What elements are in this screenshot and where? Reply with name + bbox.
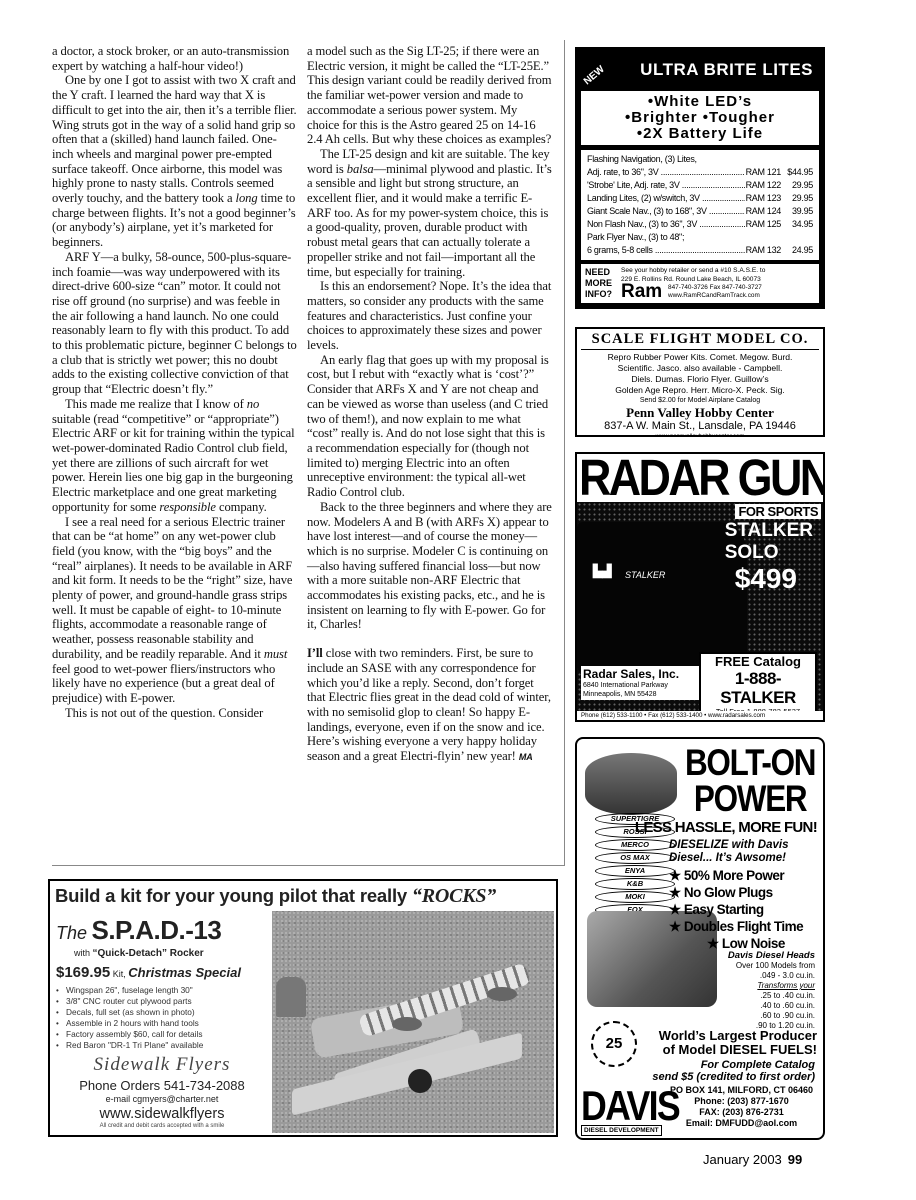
lites-item-desc: 'Strobe' Lite, Adj. rate, 3V <box>587 179 745 192</box>
radar-gun-label: STALKER <box>625 570 665 580</box>
spad-the: The <box>56 923 87 943</box>
spad-price: $169.95 <box>56 964 110 981</box>
article-paragraph: This is not out of the question. Conside… <box>52 706 297 721</box>
davis-logo: DAVIS <box>581 1087 679 1125</box>
lites-contact-block: See your hobby retailer or send a #10 S.… <box>621 267 815 300</box>
lites-price-row: Non Flash Nav., (3) to 36", 3VRAM 12534.… <box>587 218 813 231</box>
page-number: 99 <box>788 1152 802 1167</box>
lites-item-price: 34.95 <box>781 218 813 231</box>
lites-item-desc: 6 grams, 5-8 cells <box>587 244 745 257</box>
article-paragraph: I see a real need for a serious Electric… <box>52 515 297 706</box>
lites-contact: 847-740-3726 Fax 847-740-3727 www.RamRCa… <box>668 284 762 300</box>
need-more-info: NEED MORE INFO? <box>585 267 621 300</box>
radar-title: RADAR GUNS <box>579 452 825 507</box>
engine-brand-ring: MOKI <box>595 891 675 903</box>
davis-feature: ★ Easy Starting <box>669 901 819 918</box>
lites-header: NEW ULTRA BRITE LITES <box>581 53 819 87</box>
page-folio: January 200399 <box>703 1152 802 1167</box>
plane-tail <box>276 977 306 1017</box>
spad-feature: Wingspan 26", fuselage length 30" <box>56 985 268 996</box>
spad-feature: Factory assembly $60, call for details <box>56 1029 268 1040</box>
lites-price-row: Flashing Navigation, (3) Lites, <box>587 153 813 166</box>
spad-url[interactable]: www.sidewalkflyers <box>56 1106 268 1122</box>
scale-catalog-note: Send $2.00 for Model Airplane Catalog <box>581 396 819 405</box>
lites-price-table: Flashing Navigation, (3) Lites, Adj. rat… <box>581 150 819 260</box>
article-paragraph: a model such as the Sig LT-25; if there … <box>307 44 552 147</box>
spad-brand: Sidewalk Flyers <box>56 1054 268 1076</box>
engine-brand-ring: OS MAX <box>595 852 675 864</box>
lites-item-desc: Flashing Navigation, (3) Lites, <box>587 153 780 166</box>
scale-line: Diels. Dumas. Florio Flyer. Guillow’s <box>581 374 819 385</box>
radar-catalog-box: FREE Catalog 1-888-STALKER Toll Free 1-8… <box>699 652 817 716</box>
scale-line: Scientific. Jasco. also available - Camp… <box>581 363 819 374</box>
emphasis: must <box>264 647 287 661</box>
ad-sidewalk-flyers: Build a kit for your young pilot that re… <box>48 879 558 1137</box>
article-column-right: a model such as the Sig LT-25; if there … <box>307 44 552 765</box>
spad-price-line: $169.95 Kit, Christmas Special <box>56 964 268 982</box>
spad-feature: Red Baron "DR-1 Tri Plane" available <box>56 1040 268 1051</box>
spad-name: S.P.A.D.-13 <box>91 915 221 945</box>
radar-gun-logo-icon: ▙▟ <box>593 564 611 578</box>
article-body: a doctor, a stock broker, or an auto-tra… <box>52 40 565 866</box>
davis-world-claim: World’s Largest Producer of Model DIESEL… <box>659 1029 817 1057</box>
lites-price-row: 'Strobe' Lite, Adj. rate, 3VRAM 12229.95 <box>587 179 813 192</box>
scale-url[interactable]: www.pennvalleyhobbycenter.com <box>581 433 819 437</box>
davis-subtitle: LESS HASSLE, MORE FUN! <box>635 819 817 836</box>
article-paragraph: An early flag that goes up with my propo… <box>307 353 552 500</box>
lites-item-code: RAM 125 <box>745 218 781 231</box>
lites-item-code: RAM 123 <box>745 192 781 205</box>
davis-heads-line: .049 - 3.0 cu.in. <box>728 971 815 981</box>
radar-catalog-phone: 1-888-STALKER <box>701 669 815 707</box>
lites-item-desc: Giant Scale Nav., (3) to 168", 3V <box>587 205 745 218</box>
davis-heads-line: .40 to .60 cu.in. <box>728 1001 815 1011</box>
spad-feature: Assemble in 2 hours with hand tools <box>56 1018 268 1029</box>
lites-item-desc: Park Flyer Nav., (3) to 48"; <box>587 231 780 244</box>
lites-price-row: 6 grams, 5-8 cellsRAM 13224.95 <box>587 244 813 257</box>
spad-phone: Phone Orders 541-734-2088 <box>56 1078 268 1093</box>
spad-details: The S.P.A.D.-13 with “Quick-Detach” Rock… <box>56 915 268 1129</box>
article-paragraph: a doctor, a stock broker, or an auto-tra… <box>52 44 297 73</box>
scale-address: 837-A W. Main St., Lansdale, PA 19446 <box>581 420 819 433</box>
emphasis: no <box>247 397 259 411</box>
lites-item-desc: Non Flash Nav., (3) to 36", 3V <box>587 218 745 231</box>
engine-brand-ring: MERCO <box>595 839 675 851</box>
radar-company-name: Radar Sales, Inc. <box>583 667 699 681</box>
spad-with: with “Quick-Detach” Rocker <box>74 948 268 959</box>
davis-title-line: BOLT-ON <box>685 745 815 781</box>
spad-rocker-plane-photo <box>272 911 554 1133</box>
lites-price-row: Giant Scale Nav., (3) to 168", 3VRAM 124… <box>587 205 813 218</box>
emphasis: responsible <box>159 500 216 514</box>
radar-catalog-title: FREE Catalog <box>701 654 815 669</box>
radar-price: $499 <box>735 564 813 594</box>
engine-head-image <box>585 753 677 815</box>
lites-bullet: •White LED’s <box>583 94 817 110</box>
closing-leadin: I’ll <box>307 646 323 660</box>
davis-phone: Phone: (203) 877-1670 <box>670 1096 813 1107</box>
lites-item-price: 29.95 <box>781 179 813 192</box>
article-paragraph: One by one I got to assist with two X cr… <box>52 73 297 249</box>
radar-address-1: 6840 International Parkway <box>583 681 699 690</box>
lites-retail-note: See your hobby retailer or send a #10 S.… <box>621 267 815 276</box>
ad-davis-diesel: SUPERTIGREROSSIMERCOOS MAXENYAK&BMOKIFOX… <box>575 737 825 1140</box>
davis-heads-line: Over 100 Models from <box>728 961 815 971</box>
davis-features: ★ 50% More Power ★ No Glow Plugs ★ Easy … <box>669 867 819 952</box>
spad-feature: Decals, full set (as shown in photo) <box>56 1007 268 1018</box>
article-paragraph: ARF Y—a bulky, 58-ounce, 500-plus-square… <box>52 250 297 397</box>
davis-heads-line: Transforms your <box>728 981 815 991</box>
emphasis: long <box>236 191 258 205</box>
lites-price-row: Park Flyer Nav., (3) to 48"; <box>587 231 813 244</box>
davis-title-line: POWER <box>685 781 815 817</box>
lites-item-price <box>781 153 813 166</box>
spad-kit: Kit, <box>110 969 128 979</box>
spad-with-pre: with <box>74 948 93 958</box>
lites-item-price: 39.95 <box>781 205 813 218</box>
davis-heads-info: Davis Diesel Heads Over 100 Models from … <box>728 951 815 1031</box>
lites-bullet: •2X Battery Life <box>583 126 817 142</box>
lites-price-row: Adj. rate, to 36", 3VRAM 121$44.95 <box>587 166 813 179</box>
lites-item-code: RAM 122 <box>745 179 781 192</box>
davis-tagline: DIESELIZE with Davis Diesel... It’s Awso… <box>669 839 809 865</box>
lites-info: NEED MORE INFO? See your hobby retailer … <box>581 264 819 303</box>
lites-bullet: •Brighter •Tougher <box>583 110 817 126</box>
ad-radar-guns: ▙▟ STALKER RADAR GUNS FOR SPORTS STALKER… <box>575 452 825 722</box>
davis-address: PO BOX 141, MILFORD, CT 06460 <box>670 1085 813 1096</box>
lites-price-row: Landing Lites, (2) w/switch, 3VRAM 12329… <box>587 192 813 205</box>
plane-wheel <box>408 1069 432 1093</box>
davis-title: BOLT-ON POWER <box>685 745 815 817</box>
lites-item-code: RAM 124 <box>745 205 781 218</box>
spad-feature: 3/8" CNC router cut plywood parts <box>56 996 268 1007</box>
issue-date: January 2003 <box>703 1152 782 1167</box>
davis-world-line: of Model DIESEL FUELS! <box>659 1043 817 1057</box>
davis-feature: ★ 50% More Power <box>669 867 819 884</box>
article-paragraph: Back to the three beginners and where th… <box>307 500 552 632</box>
spad-with-bold: “Quick-Detach” Rocker <box>93 948 204 959</box>
emphasis: balsa <box>347 162 374 176</box>
davis-heads-title: Davis Diesel Heads <box>728 951 815 961</box>
article-paragraph: I’ll close with two reminders. First, be… <box>307 646 552 765</box>
davis-email[interactable]: Email: DMFUDD@aol.com <box>670 1118 813 1129</box>
spad-fine-print: All credit and debit cards accepted with… <box>56 1123 268 1129</box>
lites-title: ULTRA BRITE LITES <box>640 60 813 79</box>
radar-company: Radar Sales, Inc. 6840 International Par… <box>581 666 701 700</box>
radar-gun-image: ▙▟ STALKER <box>577 522 747 672</box>
davis-catalog-offer: For Complete Catalog send $5 (credited t… <box>652 1059 815 1083</box>
davis-contact: PO BOX 141, MILFORD, CT 06460 Phone: (20… <box>670 1085 813 1129</box>
spad-headline-text: Build a kit for your young pilot that re… <box>55 885 412 906</box>
scale-title: SCALE FLIGHT MODEL CO. <box>581 331 819 350</box>
radar-side-line: SOLO <box>725 542 813 564</box>
lites-bullets: •White LED’s •Brighter •Tougher •2X Batt… <box>581 91 819 145</box>
davis-world-line: World’s Largest Producer <box>659 1029 817 1043</box>
radar-subtitle: FOR SPORTS <box>735 504 821 519</box>
engine-brand-ring: K&B <box>595 878 675 890</box>
spad-headline: Build a kit for your young pilot that re… <box>55 885 496 908</box>
lites-item-price <box>781 231 813 244</box>
ram-logo: Ram <box>621 284 662 300</box>
plane-roundel-icon <box>392 1017 422 1031</box>
davis-feature: ★ Doubles Flight Time <box>669 918 819 935</box>
anniversary-seal-icon: 25 <box>591 1021 637 1067</box>
davis-feature: ★ No Glow Plugs <box>669 884 819 901</box>
spad-product-title: The S.P.A.D.-13 <box>56 915 268 946</box>
ad-scale-flight-model: SCALE FLIGHT MODEL CO. Repro Rubber Powe… <box>575 327 825 437</box>
engine-brand-ring: ENYA <box>595 865 675 877</box>
lites-item-price: 24.95 <box>781 244 813 257</box>
ad-ultra-brite-lites: NEW ULTRA BRITE LITES •White LED’s •Brig… <box>575 47 825 309</box>
scale-store-name: Penn Valley Hobby Center <box>581 405 819 420</box>
lites-item-price: $44.95 <box>781 166 813 179</box>
author-signoff: MA <box>519 752 533 762</box>
lites-url[interactable]: www.RamRCandRamTrack.com <box>668 292 760 299</box>
davis-logo-sub: DIESEL DEVELOPMENT <box>581 1125 662 1136</box>
lites-item-price: 29.95 <box>781 192 813 205</box>
lites-phone: 847-740-3726 Fax 847-740-3727 <box>668 284 762 291</box>
scale-line: Golden Age Repro. Herr. Micro-X. Peck. S… <box>581 385 819 396</box>
spad-feature-list: Wingspan 26", fuselage length 30" 3/8" C… <box>56 985 268 1051</box>
radar-address-2: Minneapolis, MN 55428 <box>583 690 699 699</box>
spad-special: Christmas Special <box>128 965 241 980</box>
plane-roundel-icon <box>487 987 517 1001</box>
scale-line: Repro Rubber Power Kits. Comet. Megow. B… <box>581 352 819 363</box>
article-paragraph: This made me realize that I know of no s… <box>52 397 297 515</box>
lites-item-desc: Landing Lites, (2) w/switch, 3V <box>587 192 745 205</box>
davis-fax: FAX: (203) 876-2731 <box>670 1107 813 1118</box>
lites-item-code: RAM 132 <box>745 244 781 257</box>
davis-heads-line: .60 to .90 cu.in. <box>728 1011 815 1021</box>
radar-side-line: STALKER <box>725 520 813 542</box>
article-paragraph: The LT-25 design and kit are suitable. T… <box>307 147 552 279</box>
lites-item-desc: Adj. rate, to 36", 3V <box>587 166 745 179</box>
radar-footer: Phone (612) 533-1100 • Fax (612) 533-140… <box>577 711 823 720</box>
article-column-left: a doctor, a stock broker, or an auto-tra… <box>52 44 297 720</box>
radar-side-text: STALKER SOLO $499 <box>725 520 813 594</box>
lites-item-code: RAM 121 <box>745 166 781 179</box>
spad-email[interactable]: e-mail cgmyers@charter.net <box>56 1094 268 1104</box>
davis-catalog-line: For Complete Catalog <box>652 1059 815 1071</box>
spad-headline-rocks: “ROCKS” <box>412 885 496 907</box>
article-paragraph: Is this an endorsement? Nope. It’s the i… <box>307 279 552 353</box>
davis-heads-line: .25 to .40 cu.in. <box>728 991 815 1001</box>
